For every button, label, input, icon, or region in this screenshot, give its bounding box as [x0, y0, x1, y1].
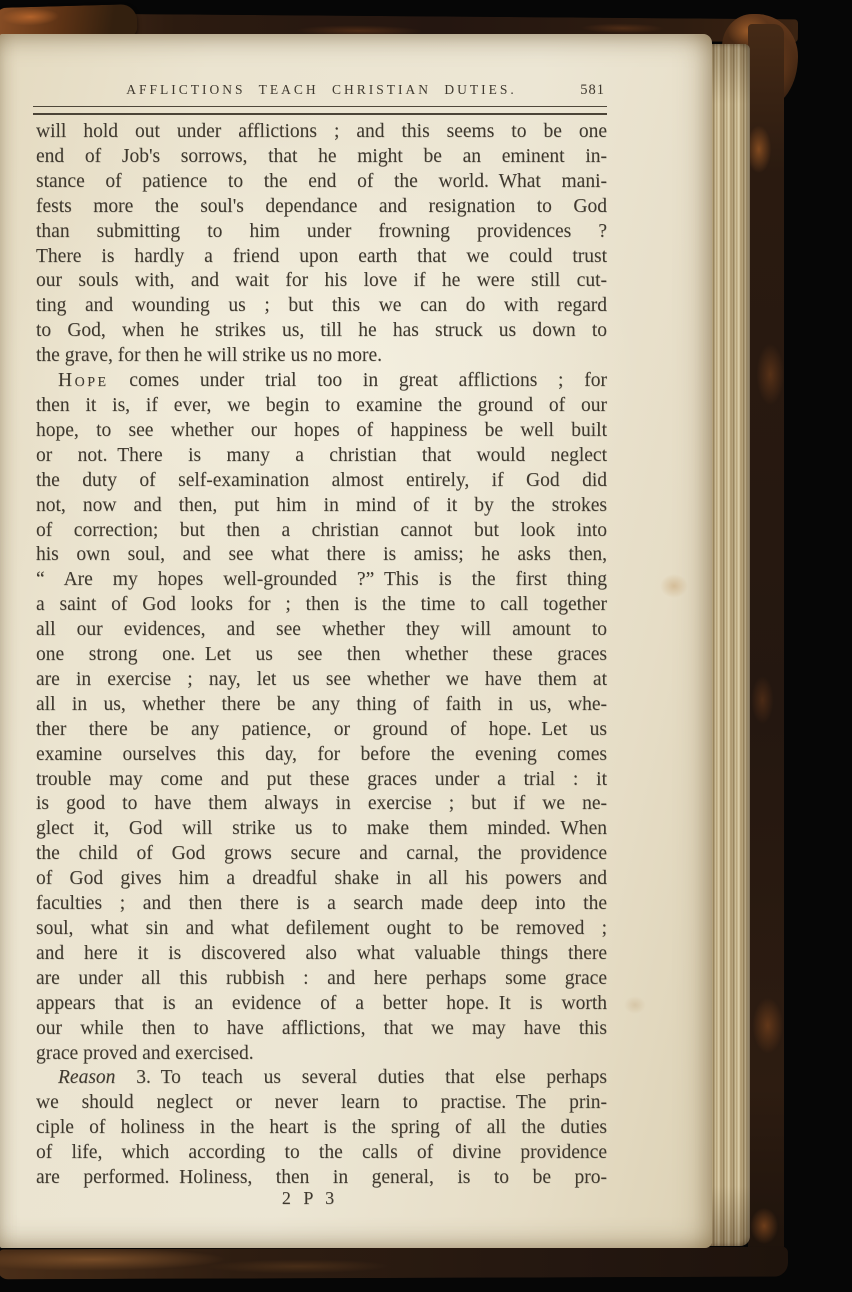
text-line: all in us, whether there be any thing of… — [36, 693, 607, 718]
running-header: AFFLICTIONS TEACH CHRISTIAN DUTIES. 581 — [36, 82, 607, 102]
text-line: the grave, for then he will strike us no… — [36, 344, 607, 369]
text-line: fests more the soul's dependance and res… — [36, 195, 607, 220]
text-line: we should neglect or never learn to prac… — [36, 1091, 607, 1116]
text-line: all our evidences, and see whether they … — [36, 618, 607, 643]
text-line: are under all this rubbish : and here pe… — [36, 967, 607, 992]
text-line: a saint of God looks for ; then is the t… — [36, 593, 607, 618]
text-segment-italic: Reason — [58, 1067, 115, 1088]
text-line: are in exercise ; nay, let us see whethe… — [36, 668, 607, 693]
text-line: glect it, God will strike us to make the… — [36, 817, 607, 842]
text-line: then it is, if ever, we begin to examine… — [36, 394, 607, 419]
text-line: ting and wounding us ; but this we can d… — [36, 294, 607, 319]
text-line: There is hardly a friend upon earth that… — [36, 245, 607, 270]
text-line: Reason 3. To teach us several duties tha… — [36, 1066, 607, 1091]
text-line: soul, what sin and what defilement ought… — [36, 917, 607, 942]
text-line: end of Job's sorrows, that he might be a… — [36, 145, 607, 170]
signature-mark: 2 P 3 — [20, 1188, 600, 1209]
text-line: our souls with, and wait for his love if… — [36, 269, 607, 294]
text-line: ther there be any patience, or ground of… — [36, 718, 607, 743]
text-line: of God gives him a dreadful shake in all… — [36, 867, 607, 892]
text-line: is good to have them always in exercise … — [36, 792, 607, 817]
text-line: “ Are my hopes well-grounded ?” This is … — [36, 568, 607, 593]
foxing-stain — [624, 996, 646, 1014]
text-line: his own soul, and see what there is amis… — [36, 543, 607, 568]
foxing-stain — [660, 574, 688, 598]
text-line: trouble may come and put these graces un… — [36, 768, 607, 793]
text-line: than submitting to him under frowning pr… — [36, 220, 607, 245]
text-segment-plain: 3. To teach us several duties that else … — [115, 1067, 607, 1088]
page-fore-edge — [708, 44, 750, 1246]
book-cover-bottom-edge — [0, 1247, 788, 1280]
text-line: or not. There is many a christian that w… — [36, 444, 607, 469]
book-photo: AFFLICTIONS TEACH CHRISTIAN DUTIES. 581 … — [0, 0, 852, 1292]
book-cover-right-edge — [748, 24, 784, 1276]
text-line: of life, which according to the calls of… — [36, 1141, 607, 1166]
page-number: 581 — [580, 82, 605, 99]
text-line: one strong one. Let us see then whether … — [36, 643, 607, 668]
text-line: ciple of holiness in the heart is the sp… — [36, 1116, 607, 1141]
text-line: will hold out under afflictions ; and th… — [36, 120, 607, 145]
text-lines: will hold out under afflictions ; and th… — [36, 120, 607, 1191]
text-line: appears that is an evidence of a better … — [36, 992, 607, 1017]
text-line: our while then to have afflictions, that… — [36, 1017, 607, 1042]
text-line: not, now and then, put him in mind of it… — [36, 494, 607, 519]
text-segment-plain: comes under trial too in great afflictio… — [109, 370, 607, 391]
running-title: AFFLICTIONS TEACH CHRISTIAN DUTIES. — [36, 82, 607, 98]
text-line: hope, to see whether our hopes of happin… — [36, 419, 607, 444]
text-line: to God, when he strikes us, till he has … — [36, 319, 607, 344]
text-line: stance of patience to the end of the wor… — [36, 170, 607, 195]
text-line: the child of God grows secure and carnal… — [36, 842, 607, 867]
text-line: faculties ; and then there is a search m… — [36, 892, 607, 917]
text-segment-smallcaps: Hope — [58, 370, 109, 391]
book-page: AFFLICTIONS TEACH CHRISTIAN DUTIES. 581 … — [0, 34, 712, 1248]
text-line: and here it is discovered also what valu… — [36, 942, 607, 967]
text-line: grace proved and exercised. — [36, 1042, 607, 1067]
text-line: the duty of self-examination almost enti… — [36, 469, 607, 494]
text-line: Hope comes under trial too in great affl… — [36, 369, 607, 394]
header-double-rule — [33, 106, 607, 115]
text-line: of correction; but then a christian cann… — [36, 519, 607, 544]
text-line: examine ourselves this day, for before t… — [36, 743, 607, 768]
